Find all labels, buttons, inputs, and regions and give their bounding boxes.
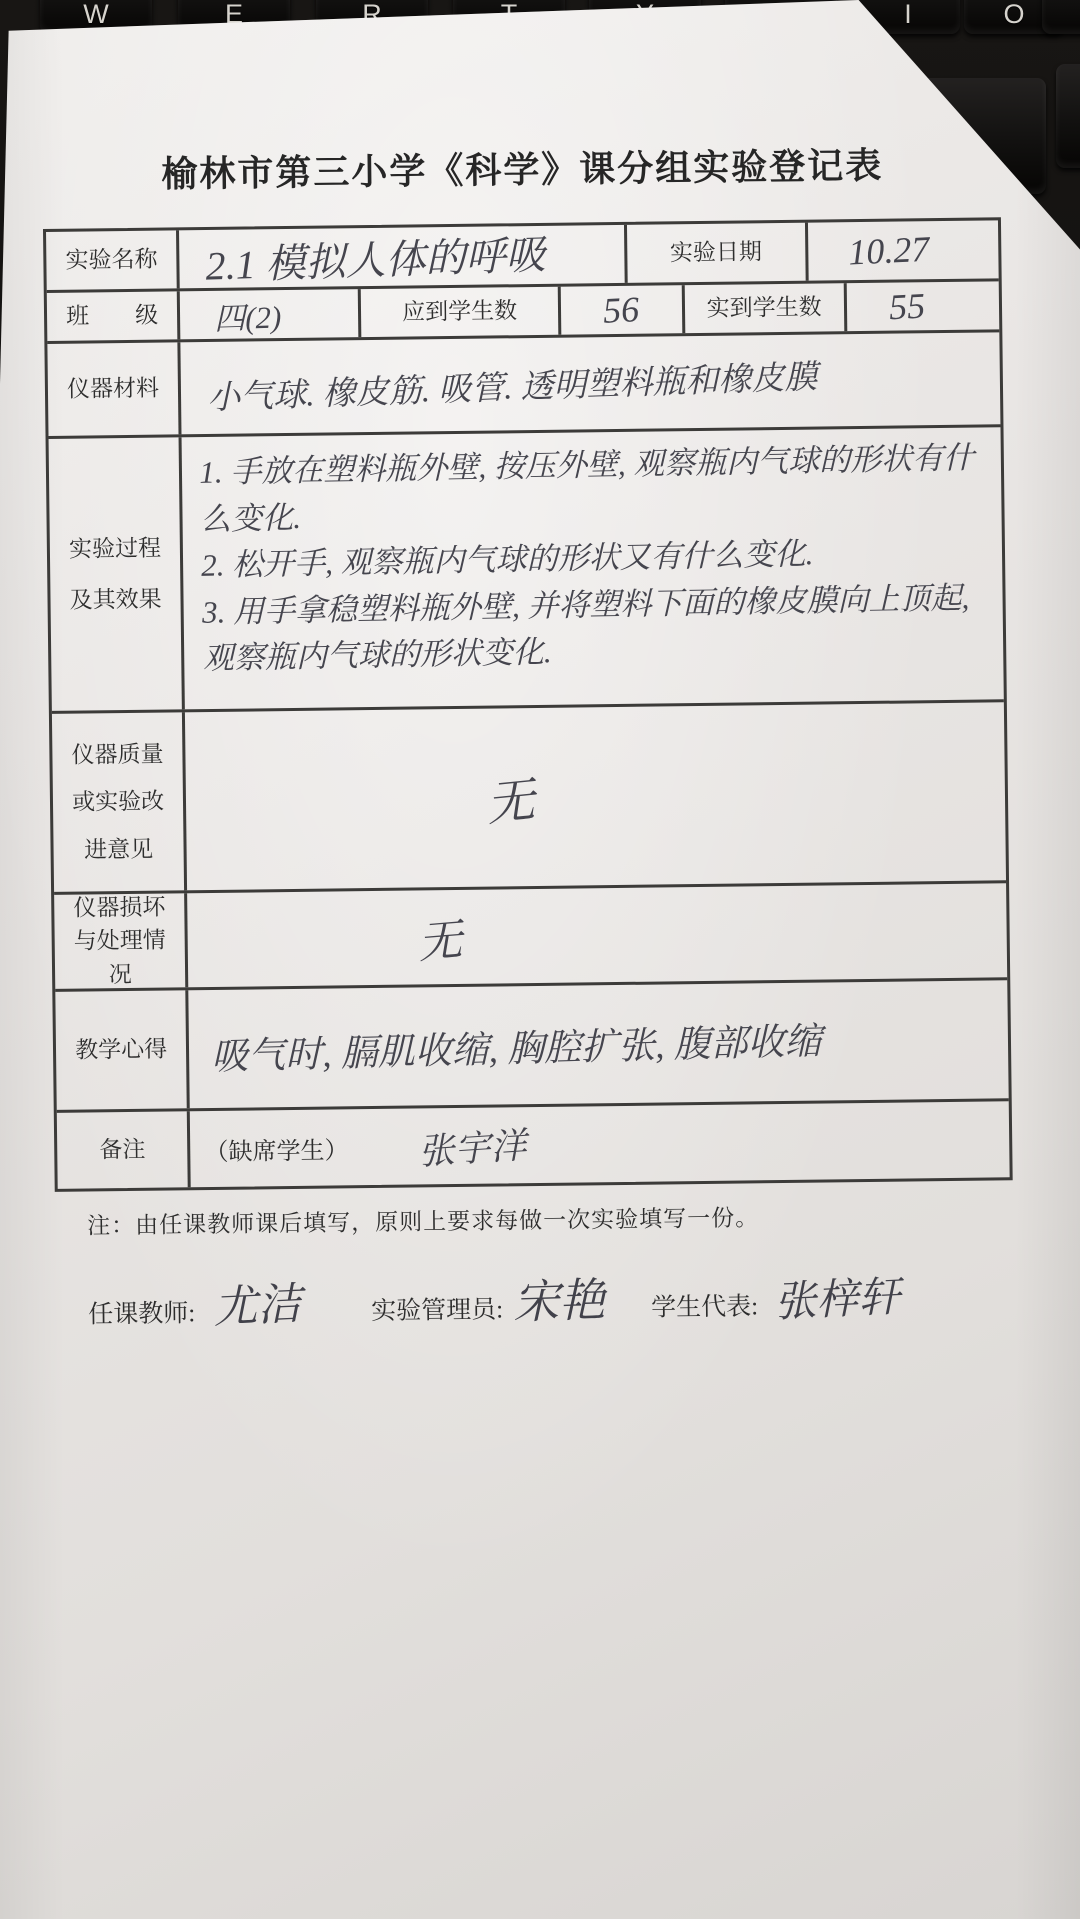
teacher-label: 任课教师: xyxy=(88,1293,195,1330)
process-step-3: 3. 用手拿稳塑料瓶外壁, 并将塑料下面的橡皮膜向上顶起, 观察瓶内气球的形状变… xyxy=(202,574,998,682)
experiment-name-value-cell: 2.1 模拟人体的呼吸 xyxy=(179,225,627,288)
process-label-line2: 及其效果 xyxy=(69,583,161,617)
signature-row: 任课教师: 尤洁 实验管理员: 宋艳 学生代表: 张梓轩 xyxy=(88,1259,1017,1336)
handwritten-student-rep-signature: 张梓轩 xyxy=(773,1263,902,1329)
row-quality: 仪器质量 或实验改 进意见 无 xyxy=(52,702,1006,895)
experiment-date-label: 实验日期 xyxy=(627,223,809,283)
quality-label-line2: 或实验改 xyxy=(72,785,164,819)
handwritten-quality-none: 无 xyxy=(483,761,538,834)
lab-manager-label: 实验管理员: xyxy=(371,1289,503,1327)
reflection-value-cell: 吸气时, 膈肌收缩, 胸腔扩张, 腹部收缩 xyxy=(189,980,1009,1108)
process-label-line1: 实验过程 xyxy=(69,531,161,565)
materials-label: 仪器材料 xyxy=(47,342,181,436)
footer-note: 注：由任课教师课后填写，原则上要求每做一次实验填写一份。 xyxy=(87,1196,1015,1240)
handwritten-experiment-date: 10.27 xyxy=(847,228,930,274)
handwritten-expected-students: 56 xyxy=(602,288,640,332)
damage-label: 仪器损坏 与处理情 况 xyxy=(54,893,188,989)
damage-label-line2: 与处理情 xyxy=(74,924,166,958)
handwritten-reflection: 吸气时, 膈肌收缩, 胸腔扩张, 腹部收缩 xyxy=(211,1010,823,1080)
form-table: 实验名称 2.1 模拟人体的呼吸 实验日期 10.27 班 级 四(2) 应到学… xyxy=(43,217,1013,1192)
handwritten-lab-manager-signature: 宋艳 xyxy=(512,1263,606,1332)
row-experiment-name: 实验名称 2.1 模拟人体的呼吸 实验日期 10.27 xyxy=(46,220,999,293)
form-content: 榆林市第三小学《科学》课分组实验登记表 实验名称 2.1 模拟人体的呼吸 实验日… xyxy=(42,136,1016,1337)
experiment-name-label: 实验名称 xyxy=(46,230,180,290)
keyboard-key xyxy=(1056,64,1080,168)
student-rep-label: 学生代表: xyxy=(651,1286,758,1323)
damage-label-line3: 况 xyxy=(109,958,132,992)
class-value-cell: 四(2) xyxy=(180,289,361,339)
expected-students-label: 应到学生数 xyxy=(361,287,561,337)
quality-label-line1: 仪器质量 xyxy=(71,738,163,772)
handwritten-materials: 小气球. 橡皮筋. 吸管. 透明塑料瓶和橡皮膜 xyxy=(207,350,819,418)
class-label: 班 级 xyxy=(47,291,181,341)
damage-label-line1: 仪器损坏 xyxy=(73,891,165,925)
materials-value-cell: 小气球. 橡皮筋. 吸管. 透明塑料瓶和橡皮膜 xyxy=(181,332,1001,434)
handwritten-process: 1. 手放在塑料瓶外壁, 按压外壁, 观察瓶内气球的形状有什么变化. 2. 松开… xyxy=(181,424,1004,692)
form-title: 榆林市第三小学《科学》课分组实验登记表 xyxy=(42,136,1003,199)
keyboard-key: P xyxy=(1042,0,1080,34)
key-legend: I xyxy=(904,1,912,34)
handwritten-damage-none: 无 xyxy=(415,904,464,971)
handwritten-absent-student: 张宇洋 xyxy=(417,1117,528,1175)
paper-sheet: 榆林市第三小学《科学》课分组实验登记表 实验名称 2.1 模拟人体的呼吸 实验日… xyxy=(0,0,1080,1919)
experiment-date-value-cell: 10.27 xyxy=(808,220,999,280)
handwritten-experiment-name: 2.1 模拟人体的呼吸 xyxy=(205,223,547,291)
actual-students-value-cell: 55 xyxy=(846,281,999,331)
row-remarks: 备注 （缺席学生） 张宇洋 xyxy=(57,1101,1010,1189)
reflection-label: 教学心得 xyxy=(55,990,190,1110)
row-reflection: 教学心得 吸气时, 膈肌收缩, 胸腔扩张, 腹部收缩 xyxy=(55,980,1008,1113)
quality-value-cell: 无 xyxy=(185,702,1006,890)
remarks-label: 备注 xyxy=(57,1111,191,1189)
handwritten-teacher-signature: 尤洁 xyxy=(212,1267,303,1335)
absent-students-prefix: （缺席学生） xyxy=(204,1130,348,1167)
actual-students-label: 实到学生数 xyxy=(685,283,847,333)
process-label: 实验过程 及其效果 xyxy=(49,437,186,711)
handwritten-class: 四(2) xyxy=(214,291,282,338)
damage-value-cell: 无 xyxy=(187,883,1007,987)
row-materials: 仪器材料 小气球. 橡皮筋. 吸管. 透明塑料瓶和橡皮膜 xyxy=(47,332,1000,439)
remarks-value-cell: （缺席学生） 张宇洋 xyxy=(190,1101,1010,1187)
process-step-1: 1. 手放在塑料瓶外壁, 按压外壁, 观察瓶内气球的形状有什么变化. xyxy=(199,435,995,543)
quality-label: 仪器质量 或实验改 进意见 xyxy=(52,712,187,892)
expected-students-value-cell: 56 xyxy=(561,285,685,335)
row-damage: 仪器损坏 与处理情 况 无 xyxy=(54,883,1007,992)
key-legend: O xyxy=(1003,1,1024,34)
handwritten-actual-students: 55 xyxy=(888,285,926,329)
row-process: 实验过程 及其效果 1. 手放在塑料瓶外壁, 按压外壁, 观察瓶内气球的形状有什… xyxy=(49,427,1004,714)
process-value-cell: 1. 手放在塑料瓶外壁, 按压外壁, 观察瓶内气球的形状有什么变化. 2. 松开… xyxy=(182,427,1004,709)
quality-label-line3: 进意见 xyxy=(84,832,153,866)
